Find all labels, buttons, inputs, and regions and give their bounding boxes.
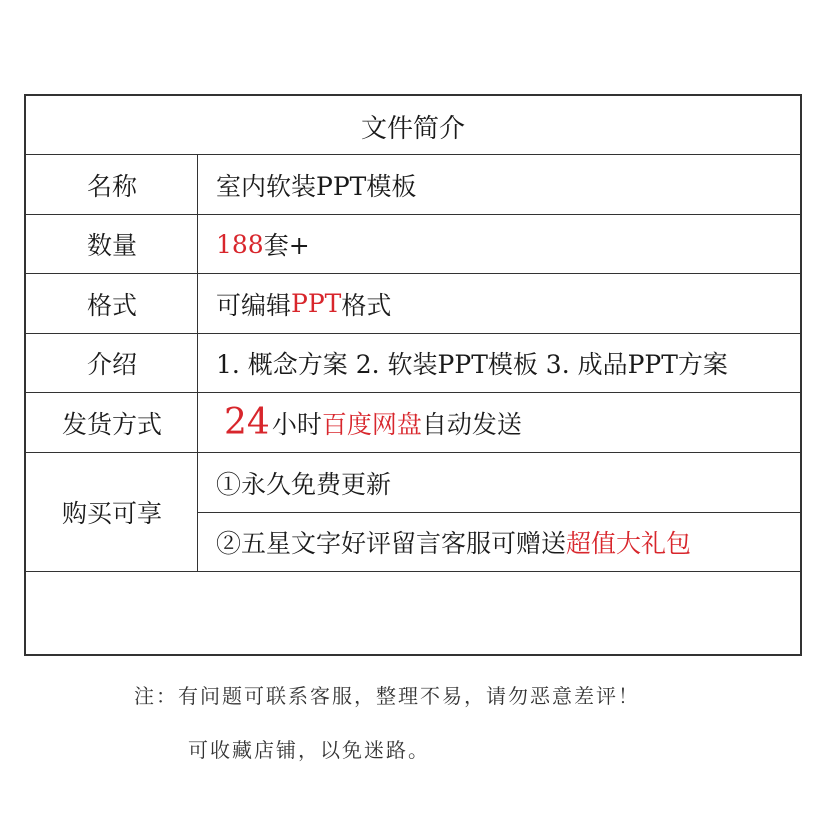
- value-delivery: 24小时百度网盘自动发送: [224, 393, 522, 452]
- note-line-2: 可收藏店铺，以免迷路。: [188, 734, 430, 763]
- count-number: 188: [216, 230, 264, 259]
- count-suffix: 套+: [264, 226, 310, 262]
- benefit-item-1: ①永久免费更新: [216, 453, 391, 512]
- divider: [26, 571, 800, 572]
- value-format: 可编辑PPT格式: [216, 274, 391, 333]
- table-title: 文件简介: [26, 96, 800, 156]
- benefit-item-2: ②五星文字好评留言客服可赠送超值大礼包: [216, 513, 691, 571]
- benefit-2-gift: 超值大礼包: [566, 524, 691, 560]
- format-ppt: PPT: [291, 289, 341, 318]
- note-line-1: 注：有问题可联系客服，整理不易，请勿恶意差评！: [134, 680, 640, 709]
- label-name: 名称: [26, 155, 198, 214]
- format-post: 格式: [341, 286, 391, 322]
- format-pre: 可编辑: [216, 286, 291, 322]
- delivery-hours-unit: 小时: [272, 405, 322, 441]
- file-info-table: 文件简介 名称 室内软装PPT模板 数量 188套+ 格式 可编辑PPT格式 介…: [24, 94, 802, 656]
- label-delivery: 发货方式: [26, 393, 198, 452]
- delivery-channel: 百度网盘: [322, 405, 422, 441]
- label-format: 格式: [26, 274, 198, 333]
- label-benefits: 购买可享: [26, 453, 198, 571]
- delivery-hours: 24: [224, 402, 270, 443]
- value-name: 室内软装PPT模板: [216, 155, 416, 214]
- value-count: 188套+: [216, 215, 310, 273]
- label-intro: 介绍: [26, 334, 198, 392]
- benefit-2-text: ②五星文字好评留言客服可赠送: [216, 524, 566, 560]
- value-intro: 1. 概念方案 2. 软装PPT模板 3. 成品PPT方案: [216, 334, 728, 392]
- label-count: 数量: [26, 215, 198, 273]
- delivery-post: 自动发送: [422, 405, 522, 441]
